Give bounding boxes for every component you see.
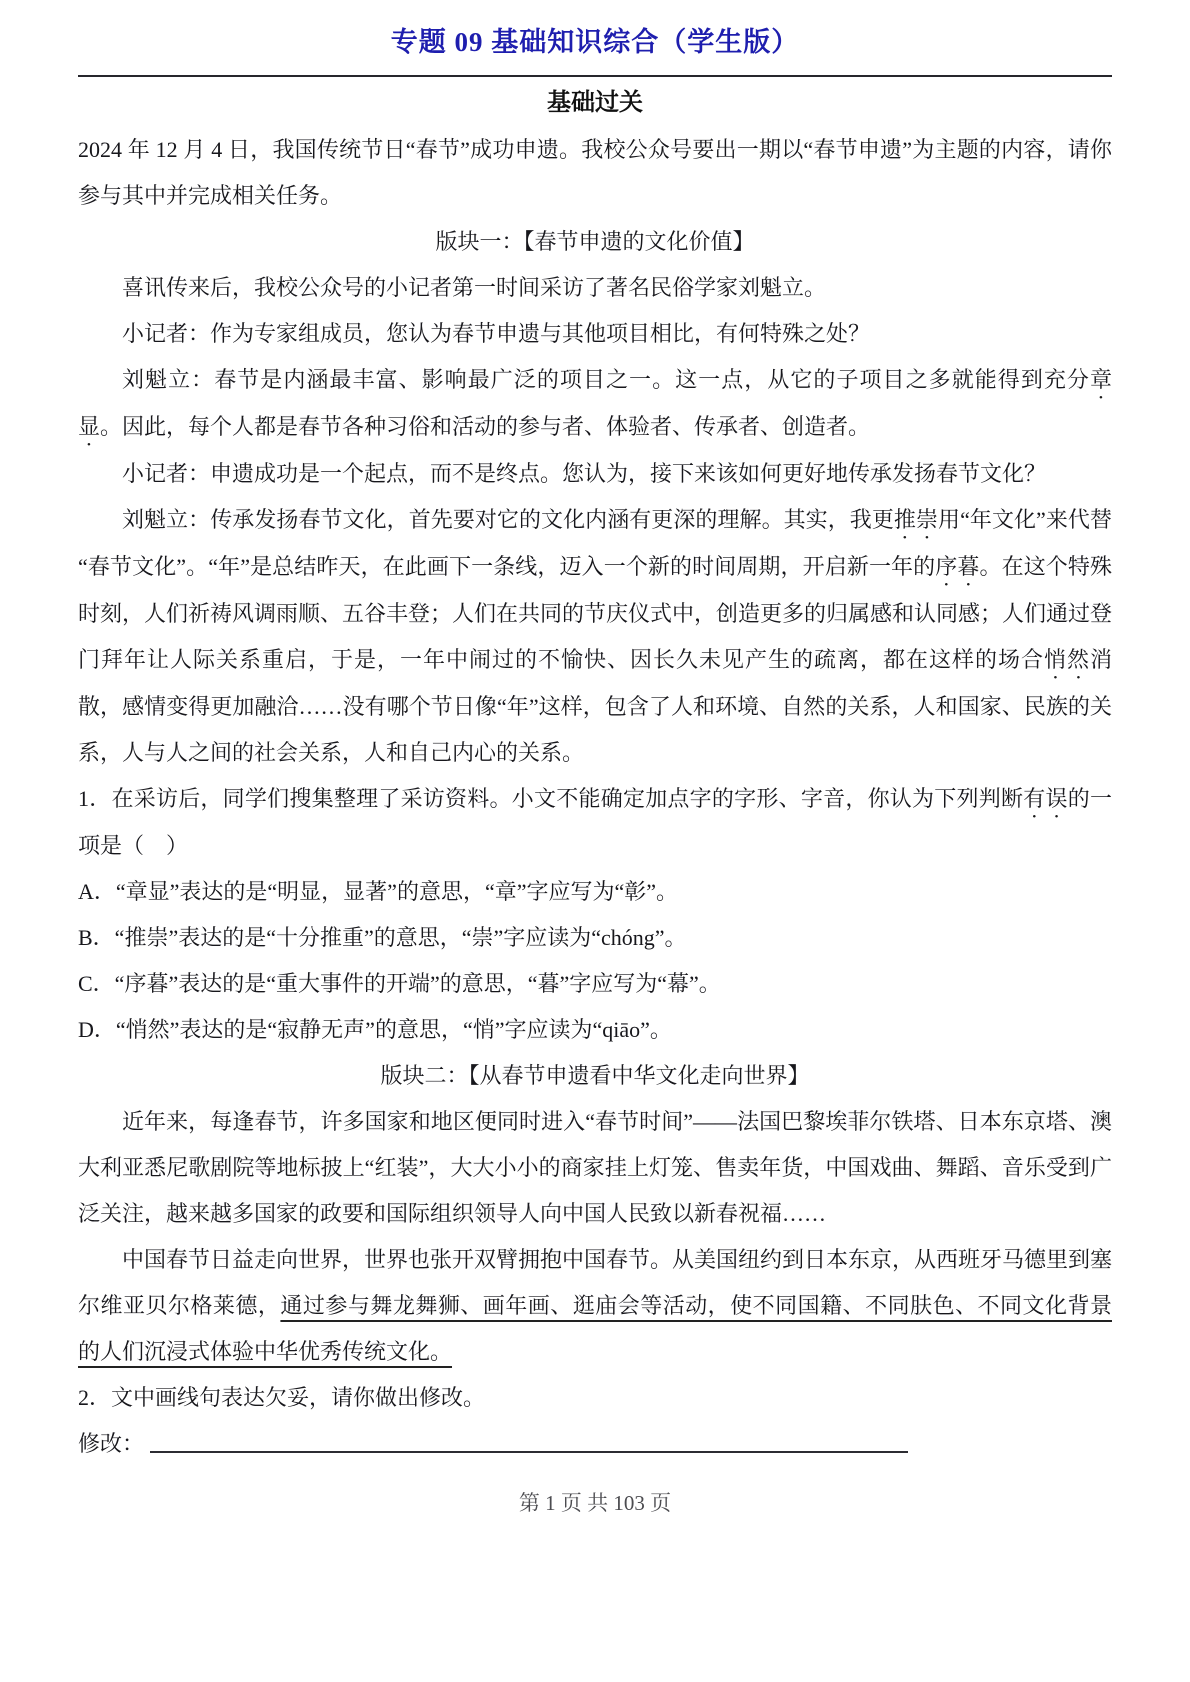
answer-blank-line [150,1421,908,1453]
text-segment: 1．在采访后，同学们搜集整理了采访资料。小文不能确定加点字的字形、字音，你认为下… [78,786,1023,811]
text-segment: 2024 年 12 月 4 日，我国传统节日“春节”成功申遗。我校公众号要出一期… [78,137,1112,208]
text-segment: B．“推崇”表达的是“十分推重”的意思，“崇”字应读为“chóng”。 [78,925,687,950]
text-segment: D．“悄然”表达的是“寂静无声”的意思，“悄”字应读为“qiāo”。 [78,1017,672,1042]
question-1-option-d: D．“悄然”表达的是“寂静无声”的意思，“悄”字应读为“qiāo”。 [78,1007,1112,1053]
emphasized-characters: 悄然 [1044,647,1090,672]
block1-heading: 版块一：【春节申遗的文化价值】 [78,219,1112,265]
text-segment: 2．文中画线句表达欠妥，请你做出修改。 [78,1385,485,1410]
text-segment: 。因此，每个人都是春节各种习俗和活动的参与者、体验者、传承者、创造者。 [100,414,870,439]
text-segment: A．“章显”表达的是“明显，显著”的意思，“章”字应写为“彰”。 [78,879,678,904]
header-divider [78,75,1112,77]
paragraph-good-news: 喜讯传来后，我校公众号的小记者第一时间采访了著名民俗学家刘魁立。 [78,265,1112,311]
block2-heading: 版块二：【从春节申遗看中华文化走向世界】 [78,1053,1112,1099]
text-segment: 刘魁立：春节是内涵最丰富、影响最广泛的项目之一。这一点，从它的子项目之多就能得到… [122,367,1090,392]
emphasized-characters: 推崇 [894,507,938,532]
text-segment: C．“序暮”表达的是“重大事件的开端”的意思，“暮”字应写为“幕”。 [78,971,721,996]
question-1-option-a: A．“章显”表达的是“明显，显著”的意思，“章”字应写为“彰”。 [78,869,1112,915]
answer-label: 修改： [78,1431,144,1456]
document-title: 专题 09 基础知识综合（学生版） [78,22,1112,62]
intro-paragraph: 2024 年 12 月 4 日，我国传统节日“春节”成功申遗。我校公众号要出一期… [78,127,1112,219]
paragraph-reporter-question-1: 小记者：作为专家组成员，您认为春节申遗与其他项目相比，有何特殊之处？ [78,311,1112,357]
paragraph-liu-answer-2: 刘魁立：传承发扬春节文化，首先要对它的文化内涵有更深的理解。其实，我更推崇用“年… [78,497,1112,776]
page-footer: 第 1 页 共 103 页 [78,1487,1112,1519]
section-title: 基础过关 [78,79,1112,127]
answer-line: 修改： [78,1421,1112,1467]
text-segment: 小记者：作为专家组成员，您认为春节申遗与其他项目相比，有何特殊之处？ [122,321,870,346]
paragraph-reporter-question-2: 小记者：申遗成功是一个起点，而不是终点。您认为，接下来该如何更好地传承发扬春节文… [78,451,1112,497]
paragraph-spring-festival-global-1: 近年来，每逢春节，许多国家和地区便同时进入“春节时间”——法国巴黎埃菲尔铁塔、日… [78,1099,1112,1237]
text-segment: 刘魁立：传承发扬春节文化，首先要对它的文化内涵有更深的理解。其实，我更 [122,507,894,532]
emphasized-characters: 有误 [1023,786,1067,811]
text-segment: 小记者：申遗成功是一个起点，而不是终点。您认为，接下来该如何更好地传承发扬春节文… [122,461,1046,486]
worksheet-page: 专题 09 基础知识综合（学生版） 基础过关 2024 年 12 月 4 日，我… [0,0,1190,1682]
text-segment: 版块一：【春节申遗的文化价值】 [435,229,754,254]
question-2: 2．文中画线句表达欠妥，请你做出修改。 [78,1375,1112,1421]
paragraph-spring-festival-global-2: 中国春节日益走向世界，世界也张开双臂拥抱中国春节。从美国纽约到日本东京，从西班牙… [78,1237,1112,1375]
question-1: 1．在采访后，同学们搜集整理了采访资料。小文不能确定加点字的字形、字音，你认为下… [78,776,1112,869]
paragraph-liu-answer-1: 刘魁立：春节是内涵最丰富、影响最广泛的项目之一。这一点，从它的子项目之多就能得到… [78,357,1112,451]
text-segment: 近年来，每逢春节，许多国家和地区便同时进入“春节时间”——法国巴黎埃菲尔铁塔、日… [78,1109,1112,1226]
question-1-option-c: C．“序暮”表达的是“重大事件的开端”的意思，“暮”字应写为“幕”。 [78,961,1112,1007]
emphasized-characters: 序暮 [935,554,979,579]
text-segment: 版块二：【从春节申遗看中华文化走向世界】 [380,1063,809,1088]
question-1-option-b: B．“推崇”表达的是“十分推重”的意思，“崇”字应读为“chóng”。 [78,915,1112,961]
text-segment: 喜讯传来后，我校公众号的小记者第一时间采访了著名民俗学家刘魁立。 [122,275,826,300]
